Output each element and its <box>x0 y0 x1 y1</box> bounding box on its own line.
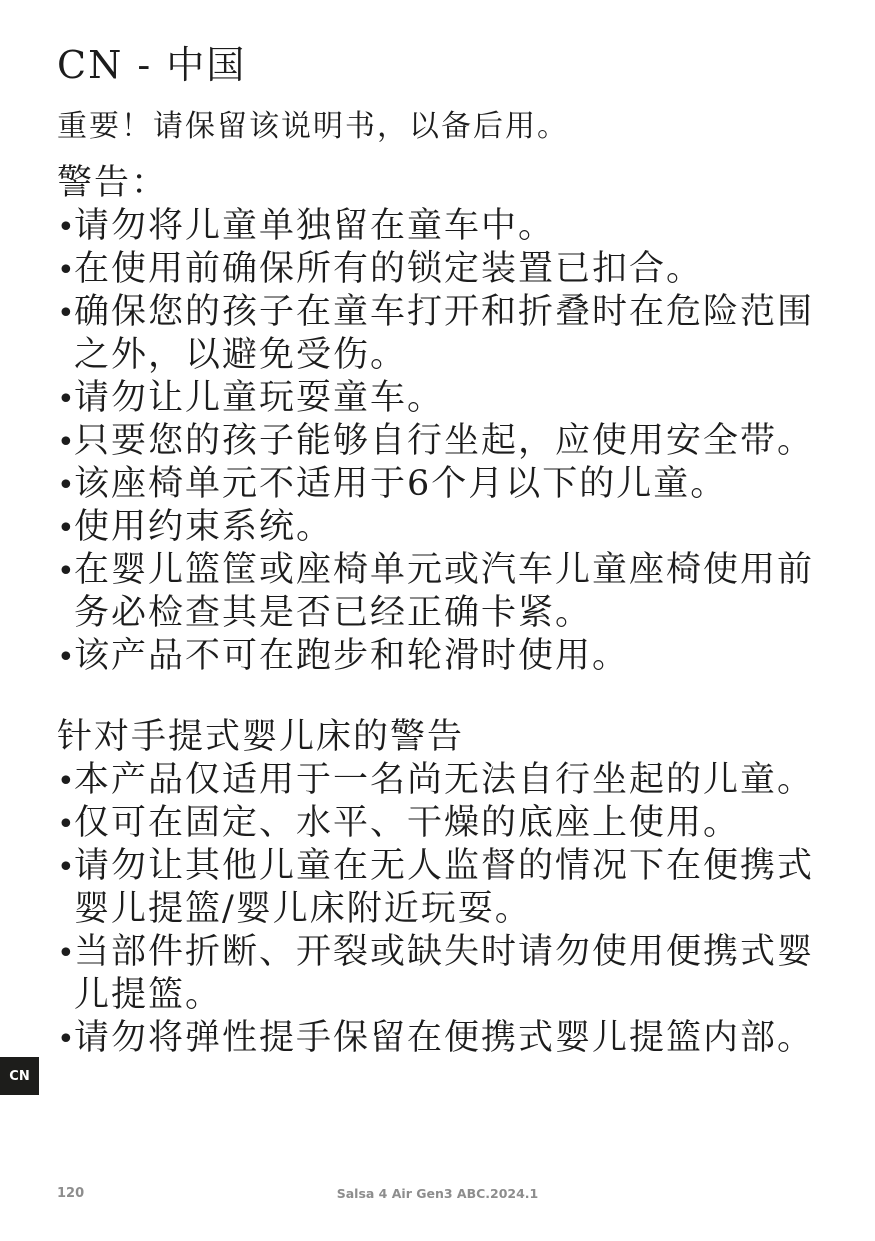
page-title: CN - 中国 <box>57 42 827 88</box>
warning-item: • 仅可在固定、水平、干燥的底座上使用。 <box>57 802 827 845</box>
warning-item: • 确保您的孩子在童车打开和折叠时在危险范围之外，以避免受伤。 <box>57 291 827 377</box>
warning-text: 该座椅单元不适用于6个月以下的儿童。 <box>74 464 727 504</box>
warning-item: • 该产品不可在跑步和轮滑时使用。 <box>57 635 827 678</box>
carrycot-warnings-list: • 本产品仅适用于一名尚无法自行坐起的儿童。 • 仅可在固定、水平、干燥的底座上… <box>57 759 827 1060</box>
bullet-icon: • <box>57 550 77 593</box>
page-footer: 120 Salsa 4 Air Gen3 ABC.2024.1 <box>0 1186 875 1206</box>
language-side-tab: CN <box>0 1057 39 1095</box>
page-content: CN - 中国 重要！请保留该说明书，以备后用。 警告： • 请勿将儿童单独留在… <box>57 42 827 1060</box>
warning-text: 请勿将弹性提手保留在便携式婴儿提篮内部。 <box>74 1018 814 1058</box>
warnings-section: 警告： • 请勿将儿童单独留在童车中。 • 在使用前确保所有的锁定装置已扣合。 … <box>57 162 827 678</box>
bullet-icon: • <box>57 292 77 335</box>
warning-text: 请勿将儿童单独留在童车中。 <box>74 206 555 246</box>
warnings-list: • 请勿将儿童单独留在童车中。 • 在使用前确保所有的锁定装置已扣合。 • 确保… <box>57 205 827 678</box>
warning-item: • 在使用前确保所有的锁定装置已扣合。 <box>57 248 827 291</box>
important-note: 重要！请保留该说明书，以备后用。 <box>57 106 827 148</box>
warning-text: 请勿让其他儿童在无人监督的情况下在便携式婴儿提篮/婴儿床附近玩耍。 <box>74 846 814 929</box>
warning-item: • 请勿让其他儿童在无人监督的情况下在便携式婴儿提篮/婴儿床附近玩耍。 <box>57 845 827 931</box>
warning-item: • 请勿将儿童单独留在童车中。 <box>57 205 827 248</box>
warning-item: • 只要您的孩子能够自行坐起，应使用安全带。 <box>57 420 827 463</box>
warnings-heading: 警告： <box>57 162 827 205</box>
warning-text: 只要您的孩子能够自行坐起，应使用安全带。 <box>74 421 814 461</box>
warning-text: 请勿让儿童玩耍童车。 <box>74 378 444 418</box>
warning-item: • 使用约束系统。 <box>57 506 827 549</box>
bullet-icon: • <box>57 1018 77 1061</box>
carrycot-warnings-heading: 针对手提式婴儿床的警告 <box>57 716 827 759</box>
footer-doc-title: Salsa 4 Air Gen3 ABC.2024.1 <box>0 1186 875 1201</box>
carrycot-warnings-section: 针对手提式婴儿床的警告 • 本产品仅适用于一名尚无法自行坐起的儿童。 • 仅可在… <box>57 716 827 1060</box>
warning-text: 在使用前确保所有的锁定装置已扣合。 <box>74 249 703 289</box>
warning-text: 确保您的孩子在童车打开和折叠时在危险范围之外，以避免受伤。 <box>74 292 814 375</box>
warning-item: • 当部件折断、开裂或缺失时请勿使用便携式婴儿提篮。 <box>57 931 827 1017</box>
warning-text: 仅可在固定、水平、干燥的底座上使用。 <box>74 803 740 843</box>
bullet-icon: • <box>57 421 77 464</box>
bullet-icon: • <box>57 464 77 507</box>
bullet-icon: • <box>57 932 77 975</box>
bullet-icon: • <box>57 507 77 550</box>
bullet-icon: • <box>57 378 77 421</box>
warning-item: • 请勿将弹性提手保留在便携式婴儿提篮内部。 <box>57 1017 827 1060</box>
bullet-icon: • <box>57 249 77 292</box>
language-side-tab-label: CN <box>9 1069 29 1084</box>
warning-item: • 请勿让儿童玩耍童车。 <box>57 377 827 420</box>
warning-text: 本产品仅适用于一名尚无法自行坐起的儿童。 <box>74 760 814 800</box>
warning-item: • 在婴儿篮筐或座椅单元或汽车儿童座椅使用前务必检查其是否已经正确卡紧。 <box>57 549 827 635</box>
manual-page: CN - 中国 重要！请保留该说明书，以备后用。 警告： • 请勿将儿童单独留在… <box>0 0 875 1241</box>
warning-text: 在婴儿篮筐或座椅单元或汽车儿童座椅使用前务必检查其是否已经正确卡紧。 <box>74 550 814 633</box>
warning-text: 该产品不可在跑步和轮滑时使用。 <box>74 636 629 676</box>
warning-item: • 本产品仅适用于一名尚无法自行坐起的儿童。 <box>57 759 827 802</box>
bullet-icon: • <box>57 636 77 679</box>
warning-text: 使用约束系统。 <box>74 507 333 547</box>
bullet-icon: • <box>57 803 77 846</box>
bullet-icon: • <box>57 846 77 889</box>
warning-text: 当部件折断、开裂或缺失时请勿使用便携式婴儿提篮。 <box>74 932 814 1015</box>
bullet-icon: • <box>57 206 77 249</box>
warning-item: • 该座椅单元不适用于6个月以下的儿童。 <box>57 463 827 506</box>
bullet-icon: • <box>57 760 77 803</box>
